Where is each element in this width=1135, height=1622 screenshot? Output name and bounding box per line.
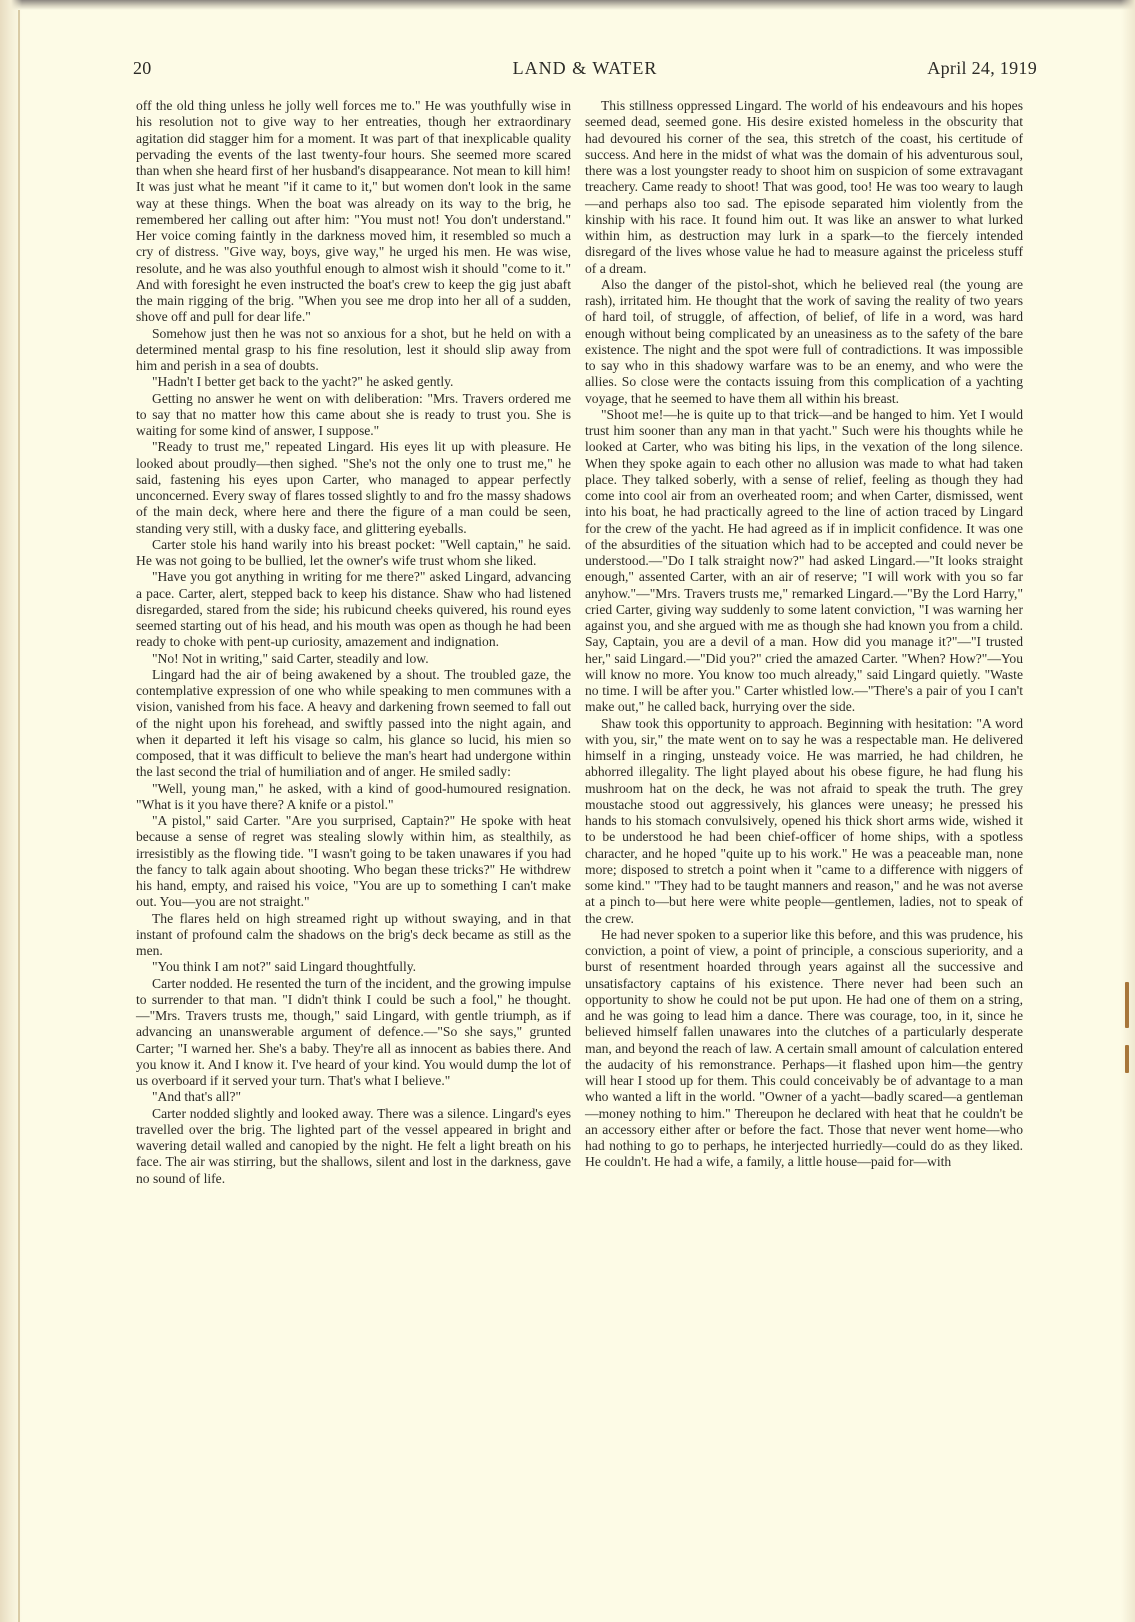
scan-top-shadow bbox=[0, 0, 1135, 10]
running-header: 20 LAND & WATER April 24, 1919 bbox=[133, 58, 1037, 82]
magazine-page: 20 LAND & WATER April 24, 1919 off the o… bbox=[0, 0, 1135, 1622]
paragraph: Carter nodded slightly and looked away. … bbox=[136, 1106, 571, 1187]
paragraph: He had never spoken to a superior like t… bbox=[585, 927, 1023, 1171]
paragraph: "Hadn't I better get back to the yacht?"… bbox=[136, 374, 571, 390]
paragraph: Shaw took this opportunity to approach. … bbox=[585, 716, 1023, 927]
paragraph: "A pistol," said Carter. "Are you surpri… bbox=[136, 813, 571, 911]
paragraph: Also the danger of the pistol-shot, whic… bbox=[585, 277, 1023, 407]
page-right-edge bbox=[1121, 0, 1135, 1622]
binding-rule bbox=[18, 10, 20, 1622]
paragraph: Getting no answer he went on with delibe… bbox=[136, 391, 571, 440]
paragraph: "Shoot me!—he is quite up to that trick—… bbox=[585, 407, 1023, 716]
paragraph: Somehow just then he was not so anxious … bbox=[136, 326, 571, 375]
paragraph: Lingard had the air of being awakened by… bbox=[136, 667, 571, 781]
left-text-column: off the old thing unless he jolly well f… bbox=[136, 98, 571, 1187]
issue-date: April 24, 1919 bbox=[927, 58, 1037, 79]
publication-title: LAND & WATER bbox=[133, 58, 1037, 79]
binding-stain-mark bbox=[1125, 1045, 1129, 1073]
right-text-column: This stillness oppressed Lingard. The wo… bbox=[585, 98, 1023, 1171]
binding-stain-mark bbox=[1125, 982, 1129, 1028]
paragraph: "No! Not in writing," said Carter, stead… bbox=[136, 651, 571, 667]
paragraph: Carter stole his hand warily into his br… bbox=[136, 537, 571, 570]
paragraph: "You think I am not?" said Lingard thoug… bbox=[136, 959, 571, 975]
paragraph: "Ready to trust me," repeated Lingard. H… bbox=[136, 439, 571, 537]
paragraph: off the old thing unless he jolly well f… bbox=[136, 98, 571, 326]
paragraph: "Have you got anything in writing for me… bbox=[136, 569, 571, 650]
paragraph: The flares held on high streamed right u… bbox=[136, 911, 571, 960]
paragraph: "And that's all?" bbox=[136, 1089, 571, 1105]
paragraph: Carter nodded. He resented the turn of t… bbox=[136, 976, 571, 1090]
paragraph: This stillness oppressed Lingard. The wo… bbox=[585, 98, 1023, 277]
paragraph: "Well, young man," he asked, with a kind… bbox=[136, 781, 571, 814]
